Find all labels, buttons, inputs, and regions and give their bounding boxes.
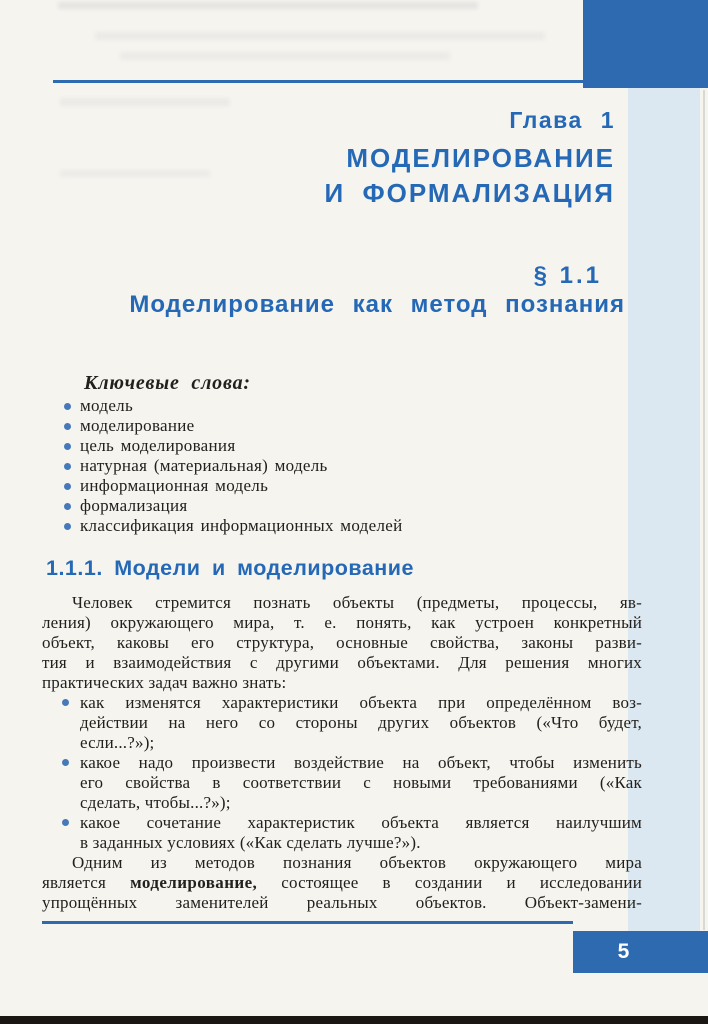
- keyword-item: информационная модель: [42, 476, 642, 496]
- text-line: является моделирование, состоящее в созд…: [42, 873, 642, 893]
- paragraph: Человек стремится познать объекты (предм…: [42, 593, 642, 693]
- bleed-through-artifact: [58, 2, 478, 9]
- text-line: действии на него со стороны других объек…: [80, 713, 642, 733]
- bullet-dot: [64, 463, 71, 470]
- bullet-dot: [64, 403, 71, 410]
- text-line: Человек стремится познать объекты (предм…: [42, 593, 642, 613]
- section-number: § 1.1: [129, 263, 625, 289]
- bleed-through-artifact: [120, 52, 450, 60]
- subsection-heading: 1.1.1. Модели и моделирование: [46, 556, 414, 580]
- keywords-block: Ключевые слова: модельмоделированиецель …: [42, 372, 642, 536]
- chapter-label: Глава 1: [325, 108, 615, 132]
- keyword-item: натурная (материальная) модель: [42, 456, 642, 476]
- text-line: упрощённых заменителей реальных объектов…: [42, 893, 642, 913]
- bullet-dot: [64, 423, 71, 430]
- text-line: какое надо произвести воздействие на объ…: [80, 753, 642, 773]
- bullet-item: какое надо произвести воздействие на объ…: [42, 753, 642, 813]
- keyword-item: классификация информационных моделей: [42, 516, 642, 536]
- keyword-item: моделирование: [42, 416, 642, 436]
- keyword-item: цель моделирования: [42, 436, 642, 456]
- text-line: в заданных условиях («Как сделать лучше?…: [80, 833, 642, 853]
- textbook-page: Глава 1 МОДЕЛИРОВАНИЕ И ФОРМАЛИЗАЦИЯ § 1…: [0, 0, 708, 1024]
- chapter-title-line-1: МОДЕЛИРОВАНИЕ: [325, 141, 615, 176]
- text-line: какое сочетание характеристик объекта яв…: [80, 813, 642, 833]
- text-line: объект, каковы его структура, основные с…: [42, 633, 642, 653]
- keyword-item: модель: [42, 396, 642, 416]
- text-line: как изменятся характеристики объекта при…: [80, 693, 642, 713]
- page-edge-line: [703, 90, 705, 930]
- keywords-heading: Ключевые слова:: [84, 372, 642, 394]
- section-title: Моделирование как метод познания: [129, 291, 625, 319]
- page-number: 5: [618, 940, 630, 964]
- body-text: Человек стремится познать объекты (предм…: [42, 593, 642, 913]
- bottom-rule: [42, 921, 573, 924]
- chapter-heading: Глава 1 МОДЕЛИРОВАНИЕ И ФОРМАЛИЗАЦИЯ: [325, 108, 615, 211]
- text-line: тия и взаимодействия с другими объектами…: [42, 653, 642, 673]
- text-line: сделать, чтобы...?»);: [80, 793, 642, 813]
- text-line: ления) окружающего мира, т. е. понять, к…: [42, 613, 642, 633]
- chapter-title-line-2: И ФОРМАЛИЗАЦИЯ: [325, 176, 615, 211]
- text-line: его свойства в соответствии с новыми тре…: [80, 773, 642, 793]
- text-line: если...?»);: [80, 733, 642, 753]
- bullet-item: какое сочетание характеристик объекта яв…: [42, 813, 642, 853]
- bullet-dot: [62, 819, 69, 826]
- keywords-list: модельмоделированиецель моделированиянат…: [42, 396, 642, 536]
- bullet-dot: [62, 699, 69, 706]
- bleed-through-artifact: [95, 32, 545, 40]
- page-number-badge: 5: [573, 931, 708, 973]
- bullet-dot: [64, 443, 71, 450]
- keyword-item: формализация: [42, 496, 642, 516]
- scan-bottom-edge: [0, 1016, 708, 1024]
- bullet-dot: [64, 523, 71, 530]
- bleed-through-artifact: [60, 170, 210, 177]
- paragraph: Одним из методов познания объектов окруж…: [42, 853, 642, 913]
- bullet-dot: [64, 503, 71, 510]
- text-line: практических задач важно знать:: [42, 673, 642, 693]
- chapter-corner-block: [583, 0, 708, 88]
- bullet-dot: [62, 759, 69, 766]
- top-rule: [53, 80, 586, 83]
- text-line: Одним из методов познания объектов окруж…: [42, 853, 642, 873]
- bullet-dot: [64, 483, 71, 490]
- section-heading: § 1.1 Моделирование как метод познания: [129, 263, 625, 319]
- bleed-through-artifact: [60, 98, 230, 106]
- bold-term: моделирование,: [130, 873, 257, 892]
- bullet-item: как изменятся характеристики объекта при…: [42, 693, 642, 753]
